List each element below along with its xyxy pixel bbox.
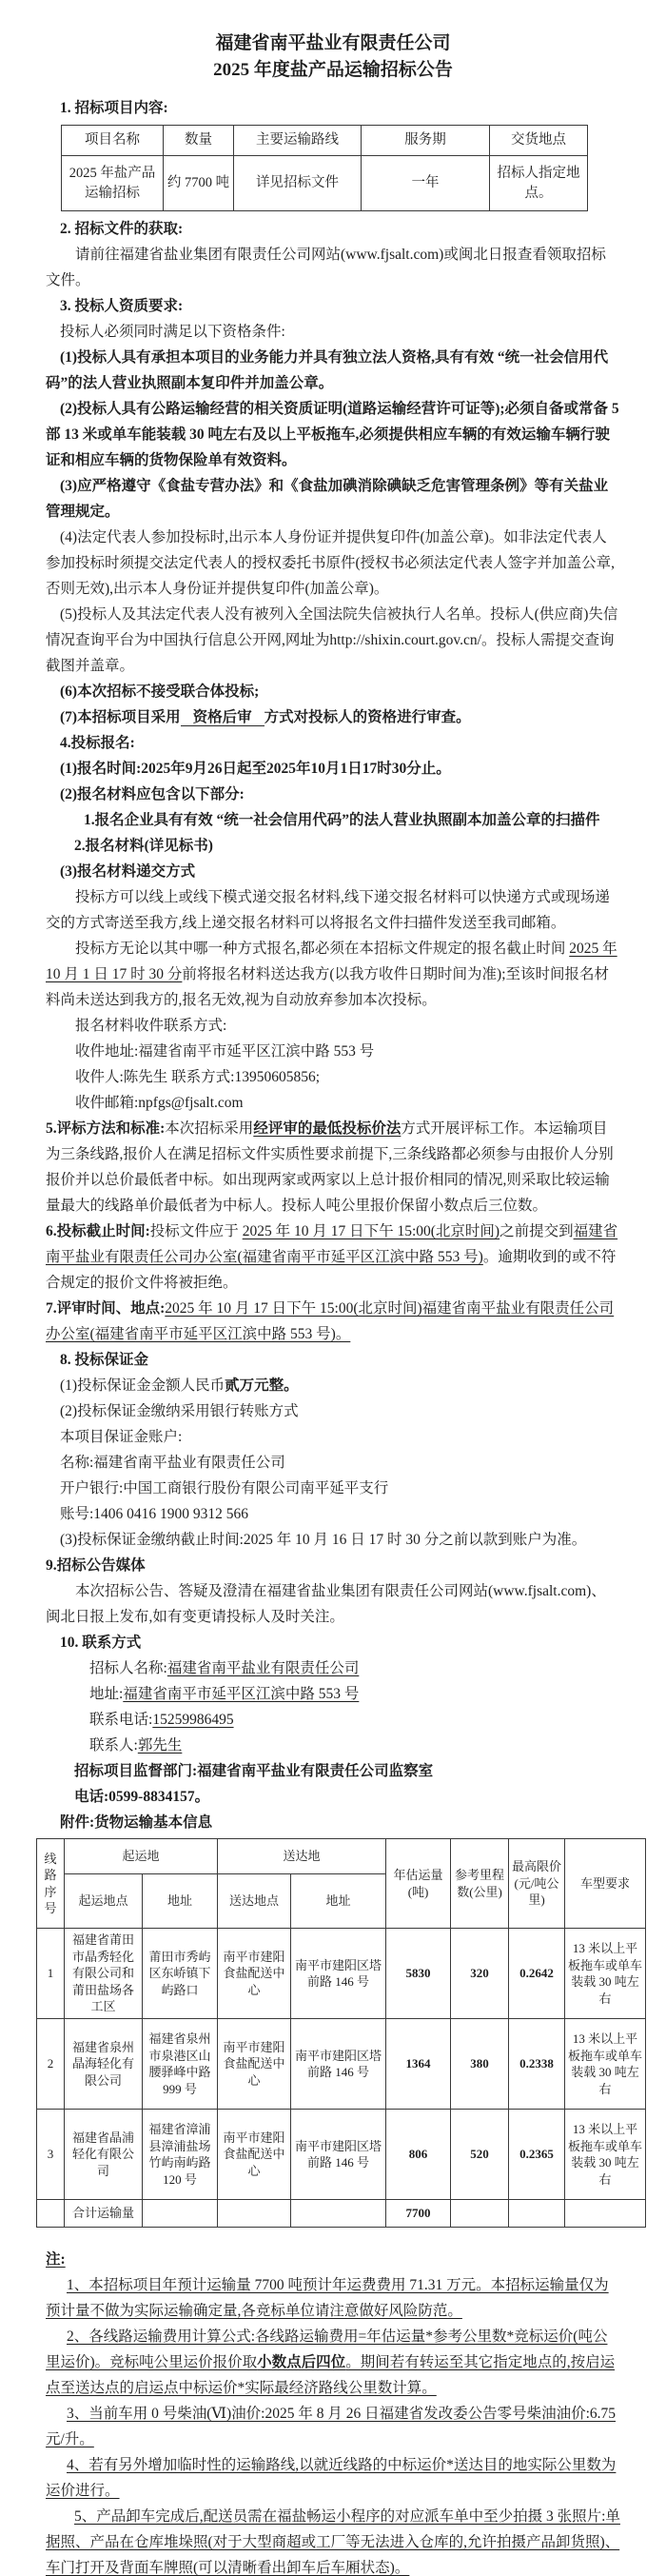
col-route: 主要运输路线: [234, 126, 362, 156]
section9-paragraph: 本次招标公告、答疑及澄清在福建省盐业集团有限责任公司网站(www.fjsalt.…: [46, 1578, 620, 1630]
project-table-header-row: 项目名称 数量 主要运输路线 服务期 交货地点: [62, 126, 588, 156]
bid-deadline: 2025 年 10 月 17 日下午 15:00(北京时间): [243, 1223, 499, 1239]
section4-subitem2: 2.报名材料(详见标书): [46, 833, 620, 859]
section8-item3: (3)投标保证金缴纳截止时间:2025 年 10 月 16 日 17 时 30 …: [46, 1527, 620, 1553]
section6-label: 6.投标截止时间:: [46, 1223, 150, 1239]
col-quantity: 数量: [164, 126, 234, 156]
section3-item5: (5)投标人及其法定代表人没有被列入全国法院失信被执行人名单。投标人(供应商)失…: [46, 602, 620, 679]
note-5: 5、产品卸车完成后,配送员需在福盐畅运小程序的对应派车单中至少拍摄 3 张照片:…: [46, 2504, 620, 2576]
section4-paragraph1: 投标方可以线上或线下模式递交报名材料,线下递交报名材料可以快递方式或现场递交的方…: [46, 884, 620, 936]
project-table-data-row: 2025 年盐产品运输招标 约 7700 吨 详见招标文件 一年 招标人指定地点…: [62, 156, 588, 211]
section4-item2: (2)报名材料应包含以下部分:: [46, 782, 620, 807]
title-line-1: 福建省南平盐业有限责任公司: [46, 30, 620, 57]
cell-service-period: 一年: [362, 156, 490, 211]
col-destination-point: 送达地点: [218, 1874, 291, 1929]
registration-contact-person: 收件人:陈先生 联系方式:13950605856;: [46, 1064, 620, 1090]
section7-label: 7.评审时间、地点:: [46, 1300, 165, 1317]
notes-section: 注: 1、本招标项目年预计运输量 7700 吨预计年运费费用 71.31 万元。…: [46, 2247, 620, 2576]
decimal-places-requirement: 小数点后四位: [257, 2354, 345, 2370]
section4-paragraph2: 投标方无论以其中哪一种方式报名,都必须在本招标文件规定的报名截止时间 2025 …: [46, 936, 620, 1013]
cell-route: 详见招标文件: [234, 156, 362, 211]
section5-paragraph: 5.评标方法和标准:本次招标采用经评审的最低投标价法方式开展评标工作。本运输项目…: [46, 1116, 620, 1219]
section4-heading: 4.投标报名:: [60, 730, 620, 756]
note-3: 3、当前车用 0 号柴油(Ⅵ)油价:2025 年 8 月 26 日福建省发改委公…: [46, 2401, 620, 2452]
deposit-amount: 贰万元整。: [225, 1377, 299, 1394]
section3-item6: (6)本次招标不接受联合体投标;: [46, 679, 620, 704]
col-vehicle-requirement: 车型要求: [565, 1839, 646, 1929]
col-origin-point: 起运地点: [65, 1874, 143, 1929]
supervision-department: 招标项目监督部门:福建省南平盐业有限责任公司监察室: [74, 1758, 620, 1784]
cargo-transport-table: 线路序号 起运地 送达地 年估运量(吨) 参考里程数(公里) 最高限价(元/吨公…: [36, 1838, 646, 2228]
section3-item1: (1)投标人具有承担本项目的业务能力并具有独立法人资格,具有有效 “统一社会信用…: [46, 345, 620, 396]
note-2: 2、各线路运输费用计算公式:各线路运输费用=年估运量*参考公里数*竞标运价(吨公…: [46, 2324, 620, 2401]
contact-address: 地址:福建省南平市延平区江滨中路 553 号: [89, 1681, 620, 1707]
cell-delivery-place: 招标人指定地点。: [490, 156, 588, 211]
section3-heading: 3. 投标人资质要求:: [60, 293, 620, 319]
deposit-account-intro: 本项目保证金账户:: [46, 1424, 620, 1450]
total-label: 合计运输量: [65, 2200, 143, 2228]
deposit-account-number: 账号:1406 0416 1900 9312 566: [46, 1501, 620, 1527]
note-4: 4、若有另外增加临时性的运输路线,以就近线路的中标运价*送达目的地实际公里数为运…: [46, 2452, 620, 2504]
cargo-table-row-1: 1 福建省莆田市晶秀轻化有限公司和莆田盐场各工区 莆田市秀屿区东峤镇下屿路口 南…: [37, 1929, 646, 2019]
col-origin-address: 地址: [143, 1874, 218, 1929]
section8-heading: 8. 投标保证金: [60, 1347, 620, 1373]
tender-notice-document: 福建省南平盐业有限责任公司 2025 年度盐产品运输招标公告 1. 招标项目内容…: [0, 0, 666, 2576]
registration-contact-intro: 报名材料收件联系方式:: [46, 1013, 620, 1039]
section3-item2: (2)投标人具有公路运输经营的相关资质证明(道路运输经营许可证等);必须自备或常…: [46, 396, 620, 473]
cargo-table-row-3: 3 福建省晶浦轻化有限公司 福建省漳浦县漳浦盐场竹屿南屿路 120 号 南平市建…: [37, 2110, 646, 2200]
section2-paragraph: 请前往福建省盐业集团有限责任公司网站(www.fjsalt.com)或闽北日报查…: [46, 242, 620, 293]
attachment-heading: 附件:货物运输基本信息: [60, 1810, 620, 1835]
registration-email: 收件邮箱:npfgs@fjsalt.com: [46, 1090, 620, 1116]
cell-quantity: 约 7700 吨: [164, 156, 234, 211]
notes-heading: 注:: [46, 2247, 620, 2272]
note-1: 1、本招标项目年预计运输量 7700 吨预计年运费费用 71.31 万元。本招标…: [46, 2272, 620, 2324]
section3-item7: (7)本招标项目采用资格后审方式对投标人的资格进行审查。: [46, 704, 620, 730]
supervision-phone: 电话:0599-8834157。: [74, 1784, 620, 1810]
section10-heading: 10. 联系方式: [60, 1630, 620, 1655]
section9-heading: 9.招标公告媒体: [46, 1553, 620, 1578]
registration-address: 收件地址:福建省南平市延平区江滨中路 553 号: [46, 1039, 620, 1064]
section2-heading: 2. 招标文件的获取:: [60, 216, 620, 242]
col-max-price: 最高限价(元/吨公里): [509, 1839, 565, 1929]
col-reference-mileage: 参考里程数(公里): [451, 1839, 509, 1929]
col-project-name: 项目名称: [62, 126, 164, 156]
document-title: 福建省南平盐业有限责任公司 2025 年度盐产品运输招标公告: [46, 30, 620, 84]
section1-heading: 1. 招标项目内容:: [60, 95, 620, 121]
section4-subitem1: 1.报名企业具有有效 “统一社会信用代码”的法人营业执照副本加盖公章的扫描件: [46, 807, 620, 833]
section7-paragraph: 7.评审时间、地点:2025 年 10 月 17 日下午 15:00(北京时间)…: [46, 1296, 620, 1347]
cell-project-name: 2025 年盐产品运输招标: [62, 156, 164, 211]
col-destination-group: 送达地: [218, 1839, 386, 1874]
section6-paragraph: 6.投标截止时间:投标文件应于 2025 年 10 月 17 日下午 15:00…: [46, 1219, 620, 1296]
total-volume: 7700: [386, 2200, 451, 2228]
qualification-review-method: 资格后审: [181, 709, 264, 726]
contact-phone: 联系电话:15259986495: [89, 1707, 620, 1733]
contact-person: 联系人:郭先生: [89, 1733, 620, 1758]
section8-item1: (1)投标保证金金额人民币贰万元整。: [46, 1373, 620, 1398]
evaluation-method: 经评审的最低投标价法: [253, 1120, 401, 1137]
col-origin-group: 起运地: [65, 1839, 218, 1874]
col-annual-volume: 年估运量(吨): [386, 1839, 451, 1929]
section4-item3: (3)报名材料递交方式: [46, 859, 620, 884]
section3-item4: (4)法定代表人参加投标时,出示本人身份证并提供复印件(加盖公章)。如非法定代表…: [46, 525, 620, 602]
title-line-2: 2025 年度盐产品运输招标公告: [46, 57, 620, 84]
cargo-table-total-row: 合计运输量 7700: [37, 2200, 646, 2228]
col-service-period: 服务期: [362, 126, 490, 156]
section5-label: 5.评标方法和标准:: [46, 1120, 165, 1137]
deposit-account-name: 名称:福建省南平盐业有限责任公司: [46, 1450, 620, 1476]
col-destination-address: 地址: [291, 1874, 386, 1929]
deposit-account-bank: 开户银行:中国工商银行股份有限公司南平延平支行: [46, 1476, 620, 1501]
section3-intro: 投标人必须同时满足以下资格条件:: [46, 319, 620, 345]
cargo-table-row-2: 2 福建省泉州晶海轻化有限公司 福建省泉州市泉港区山腰驿峰中路 999 号 南平…: [37, 2019, 646, 2110]
cargo-table-header-row1: 线路序号 起运地 送达地 年估运量(吨) 参考里程数(公里) 最高限价(元/吨公…: [37, 1839, 646, 1874]
project-info-table: 项目名称 数量 主要运输路线 服务期 交货地点 2025 年盐产品运输招标 约 …: [61, 125, 588, 211]
section3-item3: (3)应严格遵守《食盐专营办法》和《食盐加碘消除碘缺乏危害管理条例》等有关盐业管…: [46, 473, 620, 525]
section8-item2: (2)投标保证金缴纳采用银行转账方式: [46, 1398, 620, 1424]
col-delivery-place: 交货地点: [490, 126, 588, 156]
section4-item1: (1)报名时间:2025年9月26日起至2025年10月1日17时30分止。: [46, 756, 620, 782]
col-route-number: 线路序号: [37, 1839, 65, 1929]
contact-tenderer-name: 招标人名称:福建省南平盐业有限责任公司: [89, 1655, 620, 1681]
